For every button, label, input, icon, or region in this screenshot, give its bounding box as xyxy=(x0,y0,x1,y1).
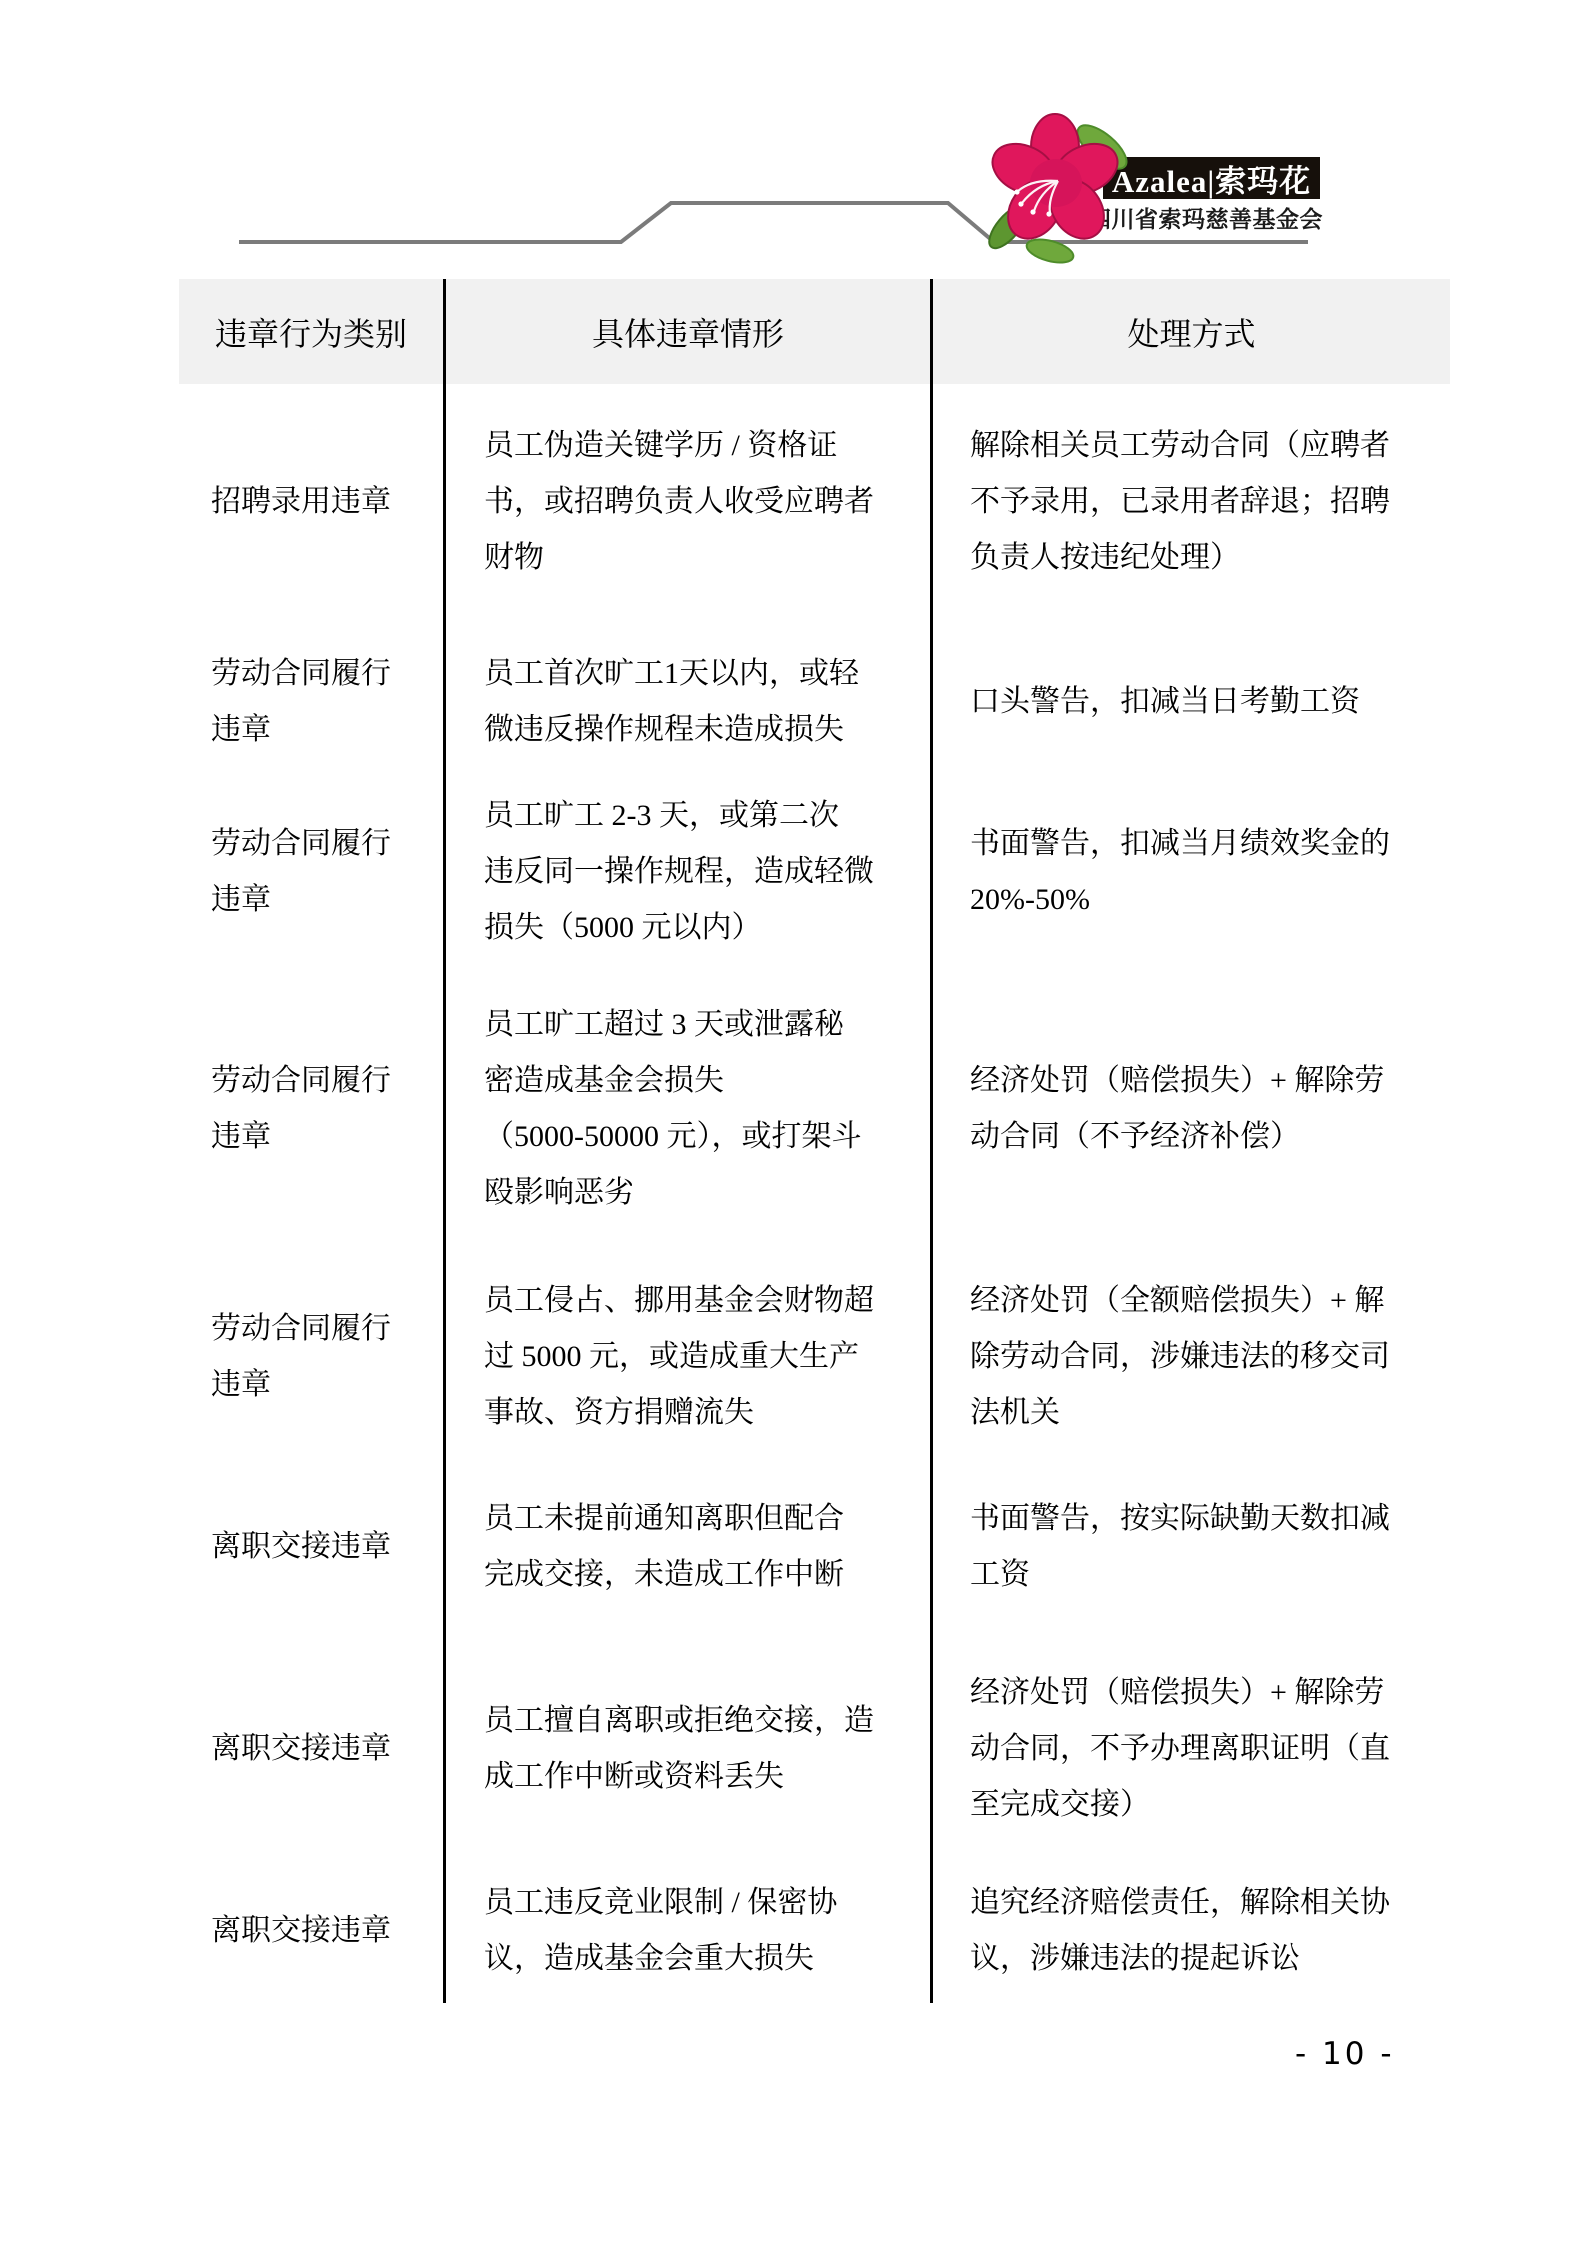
cell-category: 招聘录用违章 xyxy=(179,384,443,619)
cell-category: 劳动合同履行 违章 xyxy=(179,959,443,1259)
cell-situation: 员工首次旷工1天以内，或轻 微违反操作规程未造成损失 xyxy=(443,619,930,784)
cell-handling: 口头警告，扣减当日考勤工资 xyxy=(930,619,1450,784)
cell-category: 劳动合同履行 违章 xyxy=(179,784,443,959)
violation-table: 违章行为类别 具体违章情形 处理方式 招聘录用违章 员工伪造关键学历 / 资格证… xyxy=(179,279,1450,2003)
cell-handling: 解除相关员工劳动合同（应聘者 不予录用，已录用者辞退；招聘 负责人按违纪处理） xyxy=(930,384,1450,619)
cell-situation: 员工侵占、挪用基金会财物超 过 5000 元，或造成重大生产 事故、资方捐赠流失 xyxy=(443,1259,930,1454)
document-page: Azalea|索玛花 四川省索玛慈善基金会 违章行为类别 具体违章情形 处理方式… xyxy=(0,0,1587,2245)
foundation-logo: Azalea|索玛花 四川省索玛慈善基金会 xyxy=(960,85,1360,255)
table-row: 劳动合同履行 违章 员工旷工超过 3 天或泄露秘 密造成基金会损失 （5000-… xyxy=(179,959,1450,1259)
table-header-row: 违章行为类别 具体违章情形 处理方式 xyxy=(179,279,1450,384)
cell-category: 劳动合同履行 违章 xyxy=(179,619,443,784)
table-row: 招聘录用违章 员工伪造关键学历 / 资格证 书，或招聘负责人收受应聘者 财物 解… xyxy=(179,384,1450,619)
header-cell-category: 违章行为类别 xyxy=(179,279,443,384)
logo-brand-text: Azalea|索玛花 xyxy=(1112,156,1311,201)
table-row: 离职交接违章 员工违反竞业限制 / 保密协 议，造成基金会重大损失 追究经济赔偿… xyxy=(179,1859,1450,2003)
cell-category: 离职交接违章 xyxy=(179,1454,443,1639)
cell-situation: 员工擅自离职或拒绝交接，造 成工作中断或资料丢失 xyxy=(443,1639,930,1859)
header-cell-handling: 处理方式 xyxy=(930,279,1450,384)
cell-situation: 员工旷工 2-3 天，或第二次 违反同一操作规程，造成轻微 损失（5000 元以… xyxy=(443,784,930,959)
azalea-flower-icon xyxy=(980,95,1140,265)
cell-situation: 员工旷工超过 3 天或泄露秘 密造成基金会损失 （5000-50000 元），或… xyxy=(443,959,930,1259)
cell-category: 离职交接违章 xyxy=(179,1639,443,1859)
cell-situation: 员工违反竞业限制 / 保密协 议，造成基金会重大损失 xyxy=(443,1859,930,2003)
cell-situation: 员工未提前通知离职但配合 完成交接，未造成工作中断 xyxy=(443,1454,930,1639)
table-row: 离职交接违章 员工擅自离职或拒绝交接，造 成工作中断或资料丢失 经济处罚（赔偿损… xyxy=(179,1639,1450,1859)
cell-handling: 书面警告，扣减当月绩效奖金的 20%-50% xyxy=(930,784,1450,959)
cell-handling: 经济处罚（赔偿损失）+ 解除劳 动合同（不予经济补偿） xyxy=(930,959,1450,1259)
cell-handling: 书面警告，按实际缺勤天数扣减 工资 xyxy=(930,1454,1450,1639)
cell-situation: 员工伪造关键学历 / 资格证 书，或招聘负责人收受应聘者 财物 xyxy=(443,384,930,619)
cell-category: 离职交接违章 xyxy=(179,1859,443,2003)
cell-handling: 追究经济赔偿责任，解除相关协 议，涉嫌违法的提起诉讼 xyxy=(930,1859,1450,2003)
table-row: 劳动合同履行 违章 员工旷工 2-3 天，或第二次 违反同一操作规程，造成轻微 … xyxy=(179,784,1450,959)
cell-handling: 经济处罚（全额赔偿损失）+ 解 除劳动合同，涉嫌违法的移交司 法机关 xyxy=(930,1259,1450,1454)
header-cell-situation: 具体违章情形 xyxy=(443,279,930,384)
table-row: 劳动合同履行 违章 员工侵占、挪用基金会财物超 过 5000 元，或造成重大生产… xyxy=(179,1259,1450,1454)
table-row: 劳动合同履行 违章 员工首次旷工1天以内，或轻 微违反操作规程未造成损失 口头警… xyxy=(179,619,1450,784)
cell-handling: 经济处罚（赔偿损失）+ 解除劳 动合同，不予办理离职证明（直 至完成交接） xyxy=(930,1639,1450,1859)
table-row: 离职交接违章 员工未提前通知离职但配合 完成交接，未造成工作中断 书面警告，按实… xyxy=(179,1454,1450,1639)
cell-category: 劳动合同履行 违章 xyxy=(179,1259,443,1454)
page-number: - 10 - xyxy=(1295,2036,1395,2072)
